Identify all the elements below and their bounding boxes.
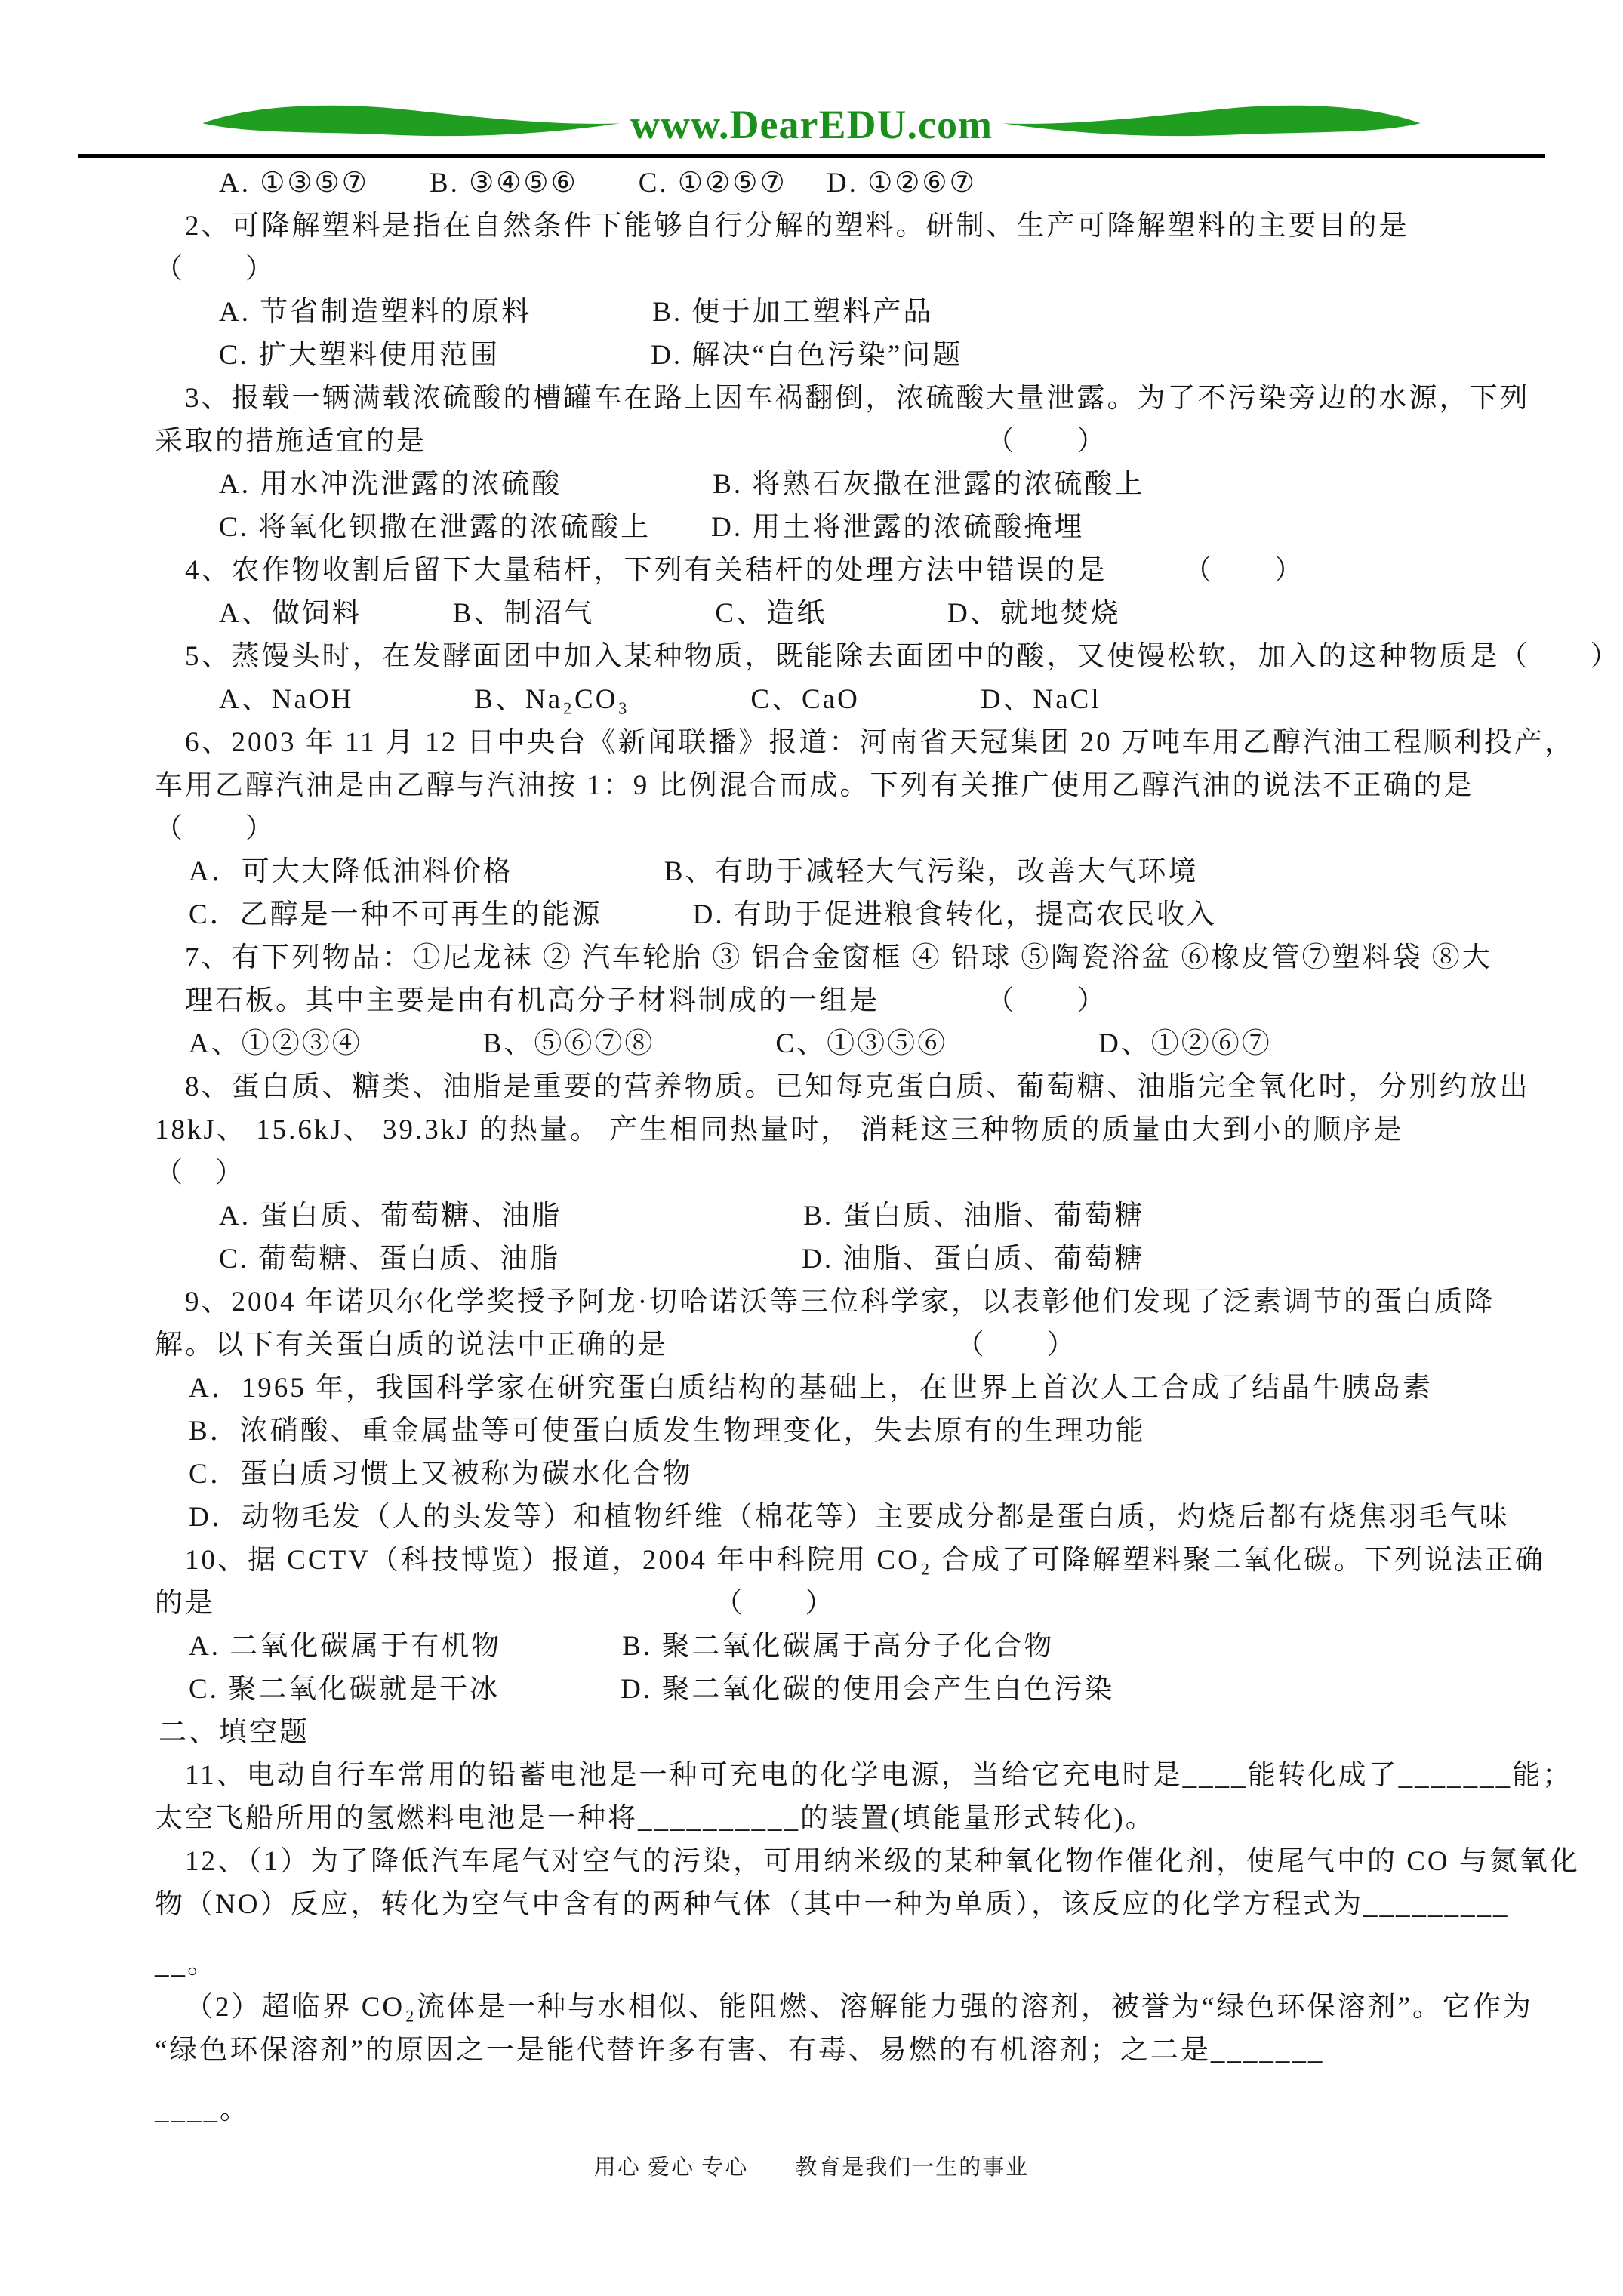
document-line: A. 蛋白质、葡萄糖、油脂 B. 蛋白质、油脂、葡萄糖 (0, 1194, 1623, 1237)
document-line: 二、填空题 (0, 1711, 1623, 1754)
document-line: 8、蛋白质、糖类、油脂是重要的营养物质。已知每克蛋白质、葡萄糖、油脂完全氧化时，… (0, 1065, 1623, 1108)
document-line: 太空飞船所用的氢燃料电池是一种将__________的装置(填能量形式转化)。 (0, 1797, 1623, 1840)
document-line: A. ①③⑤⑦ B. ③④⑤⑥ C. ①②⑤⑦ D. ①②⑥⑦ (0, 162, 1623, 205)
document-line: C．蛋白质习惯上又被称为碳水化合物 (0, 1453, 1623, 1496)
document-lines: A. ①③⑤⑦ B. ③④⑤⑥ C. ①②⑤⑦ D. ①②⑥⑦2、可降解塑料是指… (0, 162, 1623, 2131)
document-line: “绿色环保溶剂”的原因之一是能代替许多有害、有毒、易燃的有机溶剂；之二是____… (0, 2029, 1623, 2072)
document-line: C. 聚二氧化碳就是干冰 D. 聚二氧化碳的使用会产生白色污染 (0, 1668, 1623, 1711)
document-line: 的是 （ ） (0, 1582, 1623, 1625)
logo-text: www.DearEDU.com (630, 101, 993, 148)
document-line: 7、有下列物品：①尼龙袜 ② 汽车轮胎 ③ 铝合金窗框 ④ 铅球 ⑤陶瓷浴盆 ⑥… (0, 936, 1623, 979)
header-divider (78, 154, 1545, 158)
document-line: A. 二氧化碳属于有机物 B. 聚二氧化碳属于高分子化合物 (0, 1625, 1623, 1668)
logo-swoosh-left-icon (200, 103, 623, 146)
document-line: D．动物毛发（人的头发等）和植物纤维（棉花等）主要成分都是蛋白质，灼烧后都有烧焦… (0, 1496, 1623, 1539)
document-line: 5、蒸馒头时，在发酵面团中加入某种物质，既能除去面团中的酸，又使馒松软，加入的这… (0, 635, 1623, 678)
document-line: 11、电动自行车常用的铅蓄电池是一种可充电的化学电源，当给它充电时是____能转… (0, 1754, 1623, 1797)
document-line: 2、可降解塑料是指在自然条件下能够自行分解的塑料。研制、生产可降解塑料的主要目的… (0, 205, 1623, 248)
document-line: A、做饲料 B、制沼气 C、造纸 D、就地焚烧 (0, 592, 1623, 635)
logo-swoosh-right-icon (1000, 103, 1423, 146)
document-line: （2）超临界 CO₂流体是一种与水相似、能阻燃、溶解能力强的溶剂，被誉为“绿色环… (0, 1986, 1623, 2029)
document-line: B．浓硝酸、重金属盐等可使蛋白质发生物理变化，失去原有的生理功能 (0, 1410, 1623, 1453)
site-logo: www.DearEDU.com (79, 95, 1544, 154)
document-line: ____。 (0, 2088, 1623, 2131)
document-line: 采取的措施适宜的是 （ ） (0, 420, 1623, 463)
document-line: 10、据 CCTV（科技博览）报道，2004 年中科院用 CO₂ 合成了可降解塑… (0, 1539, 1623, 1582)
document-line: 4、农作物收割后留下大量秸杆，下列有关秸杆的处理方法中错误的是 （ ） (0, 549, 1623, 592)
document-line: 解。以下有关蛋白质的说法中正确的是 （ ） (0, 1324, 1623, 1367)
document-line: A. 用水冲洗泄露的浓硫酸 B. 将熟石灰撒在泄露的浓硫酸上 (0, 463, 1623, 506)
scanned-exam-page: www.DearEDU.com A. ①③⑤⑦ B. ③④⑤⑥ C. ①②⑤⑦ … (0, 0, 1623, 2296)
document-line: 12、（1）为了降低汽车尾气对空气的污染，可用纳米级的某种氧化物作催化剂，使尾气… (0, 1840, 1623, 1883)
document-line: A．1965 年，我国科学家在研究蛋白质结构的基础上，在世界上首次人工合成了结晶… (0, 1367, 1623, 1410)
document-line: 理石板。其中主要是由有机高分子材料制成的一组是 （ ） (0, 979, 1623, 1022)
document-line: 车用乙醇汽油是由乙醇与汽油按 1：9 比例混合而成。下列有关推广使用乙醇汽油的说… (0, 764, 1623, 807)
footer-motto: 用心 爱心 专心 教育是我们一生的事业 (0, 2150, 1623, 2181)
document-line: A、①②③④ B、⑤⑥⑦⑧ C、①③⑤⑥ D、①②⑥⑦ (0, 1022, 1623, 1065)
document-line: A．可大大降低油料价格 B、有助于减轻大气污染，改善大气环境 (0, 850, 1623, 893)
document-line: （ ） (0, 248, 1623, 291)
document-line: 6、2003 年 11 月 12 日中央台《新闻联播》报道：河南省天冠集团 20… (0, 721, 1623, 764)
document-line: （ ） (0, 807, 1623, 850)
document-line: 物（NO）反应，转化为空气中含有的两种气体（其中一种为单质），该反应的化学方程式… (0, 1883, 1623, 1926)
document-line: 3、报载一辆满载浓硫酸的槽罐车在路上因车祸翻倒，浓硫酸大量泄露。为了不污染旁边的… (0, 377, 1623, 420)
document-line: 9、2004 年诺贝尔化学奖授予阿龙·切哈诺沃等三位科学家，以表彰他们发现了泛素… (0, 1281, 1623, 1324)
document-line: A. 节省制造塑料的原料 B. 便于加工塑料产品 (0, 291, 1623, 334)
document-line: __。 (0, 1943, 1623, 1986)
document-line: C. 葡萄糖、蛋白质、油脂 D. 油脂、蛋白质、葡萄糖 (0, 1237, 1623, 1281)
document-line: （ ） (0, 1151, 1623, 1194)
document-line: C．乙醇是一种不可再生的能源 D. 有助于促进粮食转化，提高农民收入 (0, 893, 1623, 936)
document-line: A、NaOH B、Na₂CO₃ C、CaO D、NaCl (0, 678, 1623, 721)
document-line: C. 将氧化钡撒在泄露的浓硫酸上 D. 用土将泄露的浓硫酸掩埋 (0, 506, 1623, 549)
document-line: 18kJ、 15.6kJ、 39.3kJ 的热量。 产生相同热量时， 消耗这三种… (0, 1108, 1623, 1151)
document-line: C. 扩大塑料使用范围 D. 解决“白色污染”问题 (0, 334, 1623, 377)
